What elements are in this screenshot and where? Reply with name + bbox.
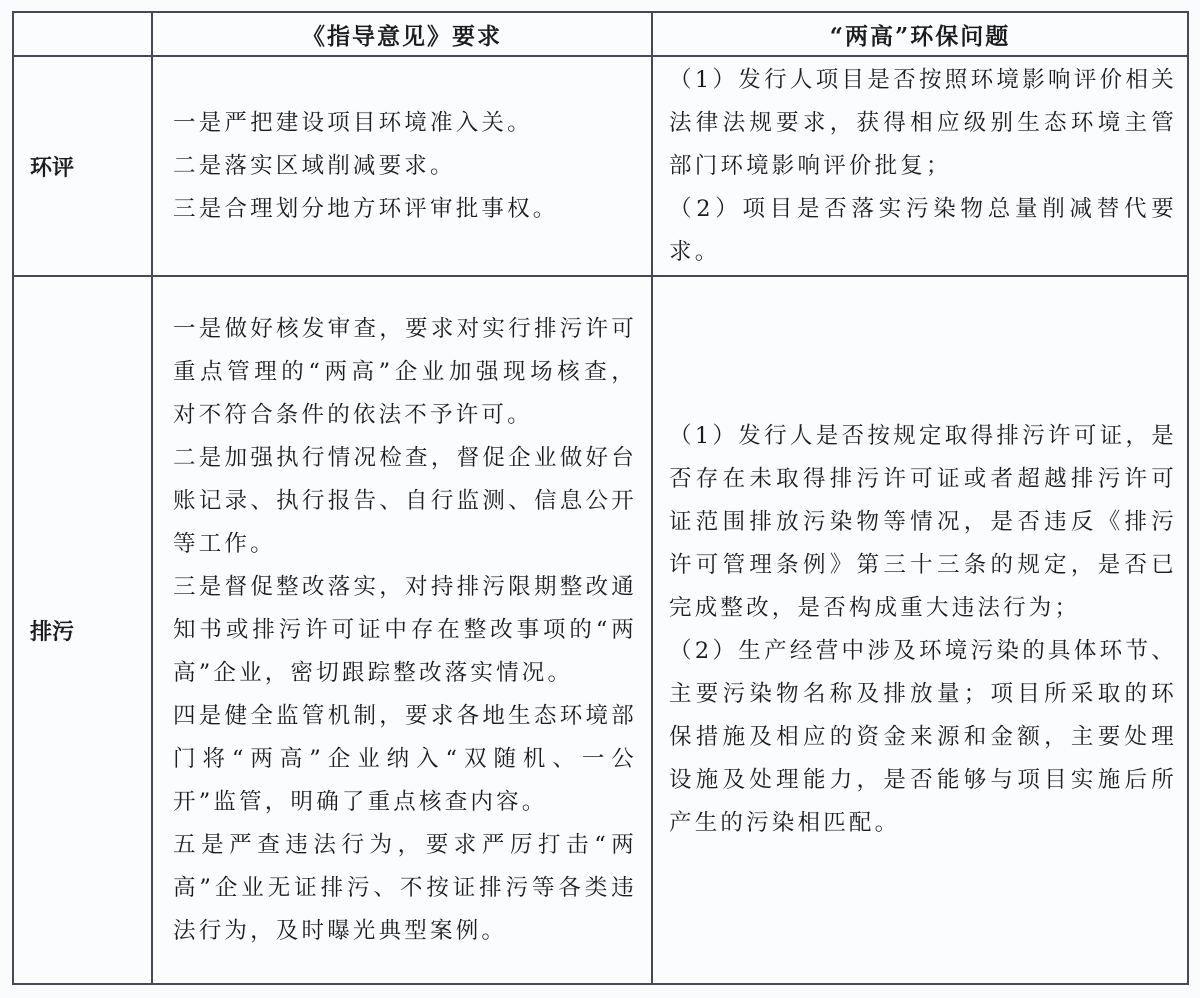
- issues-cell-eia: （1）发行人项目是否按照环境影响评价相关法律法规要求，获得相应级别生态环境主管部…: [652, 56, 1188, 276]
- table-row-eia: 环评 一是严把建设项目环境准入关。 二是落实区域削减要求。 三是合理划分地方环评…: [13, 56, 1188, 276]
- row-label-discharge: 排污: [13, 276, 152, 984]
- header-row: 《指导意见》要求 “两高”环保问题: [13, 12, 1188, 56]
- guidance-item: 二是加强执行情况检查，督促企业做好台账记录、执行报告、自行监测、信息公开等工作。: [173, 437, 637, 566]
- guidance-item: 三是合理划分地方环评审批事权。: [173, 188, 637, 231]
- issue-item: （1）发行人是否按规定取得排污许可证，是否存在未取得排污许可证或者超越排污许可证…: [669, 415, 1177, 630]
- guidance-item: 三是督促整改落实，对持排污限期整改通知书或排污许可证中存在整改事项的“两高”企业…: [173, 566, 637, 695]
- issue-item: （2）项目是否落实污染物总量削减替代要求。: [669, 188, 1177, 274]
- guidance-item: 二是落实区域削减要求。: [173, 145, 637, 188]
- issues-cell-discharge: （1）发行人是否按规定取得排污许可证，是否存在未取得排污许可证或者超越排污许可证…: [652, 276, 1188, 984]
- guidance-item: 一是严把建设项目环境准入关。: [173, 102, 637, 145]
- guidance-item: 五是严查违法行为，要求严厉打击“两高”企业无证排污、不按证排污等各类违法行为，及…: [173, 824, 637, 953]
- guidance-cell-eia: 一是严把建设项目环境准入关。 二是落实区域削减要求。 三是合理划分地方环评审批事…: [152, 56, 652, 276]
- guidance-item: 一是做好核发审查，要求对实行排污许可重点管理的“两高”企业加强现场核查，对不符合…: [173, 308, 637, 437]
- row-label-eia: 环评: [13, 56, 152, 276]
- issue-item: （2）生产经营中涉及环境污染的具体环节、主要污染物名称及排放量；项目所采取的环保…: [669, 630, 1177, 845]
- header-issues: “两高”环保问题: [652, 12, 1188, 56]
- guidance-cell-discharge: 一是做好核发审查，要求对实行排污许可重点管理的“两高”企业加强现场核查，对不符合…: [152, 276, 652, 984]
- header-guidance: 《指导意见》要求: [152, 12, 652, 56]
- table-row-discharge: 排污 一是做好核发审查，要求对实行排污许可重点管理的“两高”企业加强现场核查，对…: [13, 276, 1188, 984]
- header-empty-cell: [13, 12, 152, 56]
- guidance-item: 四是健全监管机制，要求各地生态环境部门将“两高”企业纳入“双随机、一公开”监管，…: [173, 695, 637, 824]
- environmental-requirements-table: 《指导意见》要求 “两高”环保问题 环评 一是严把建设项目环境准入关。 二是落实…: [12, 11, 1189, 985]
- issue-item: （1）发行人项目是否按照环境影响评价相关法律法规要求，获得相应级别生态环境主管部…: [669, 59, 1177, 188]
